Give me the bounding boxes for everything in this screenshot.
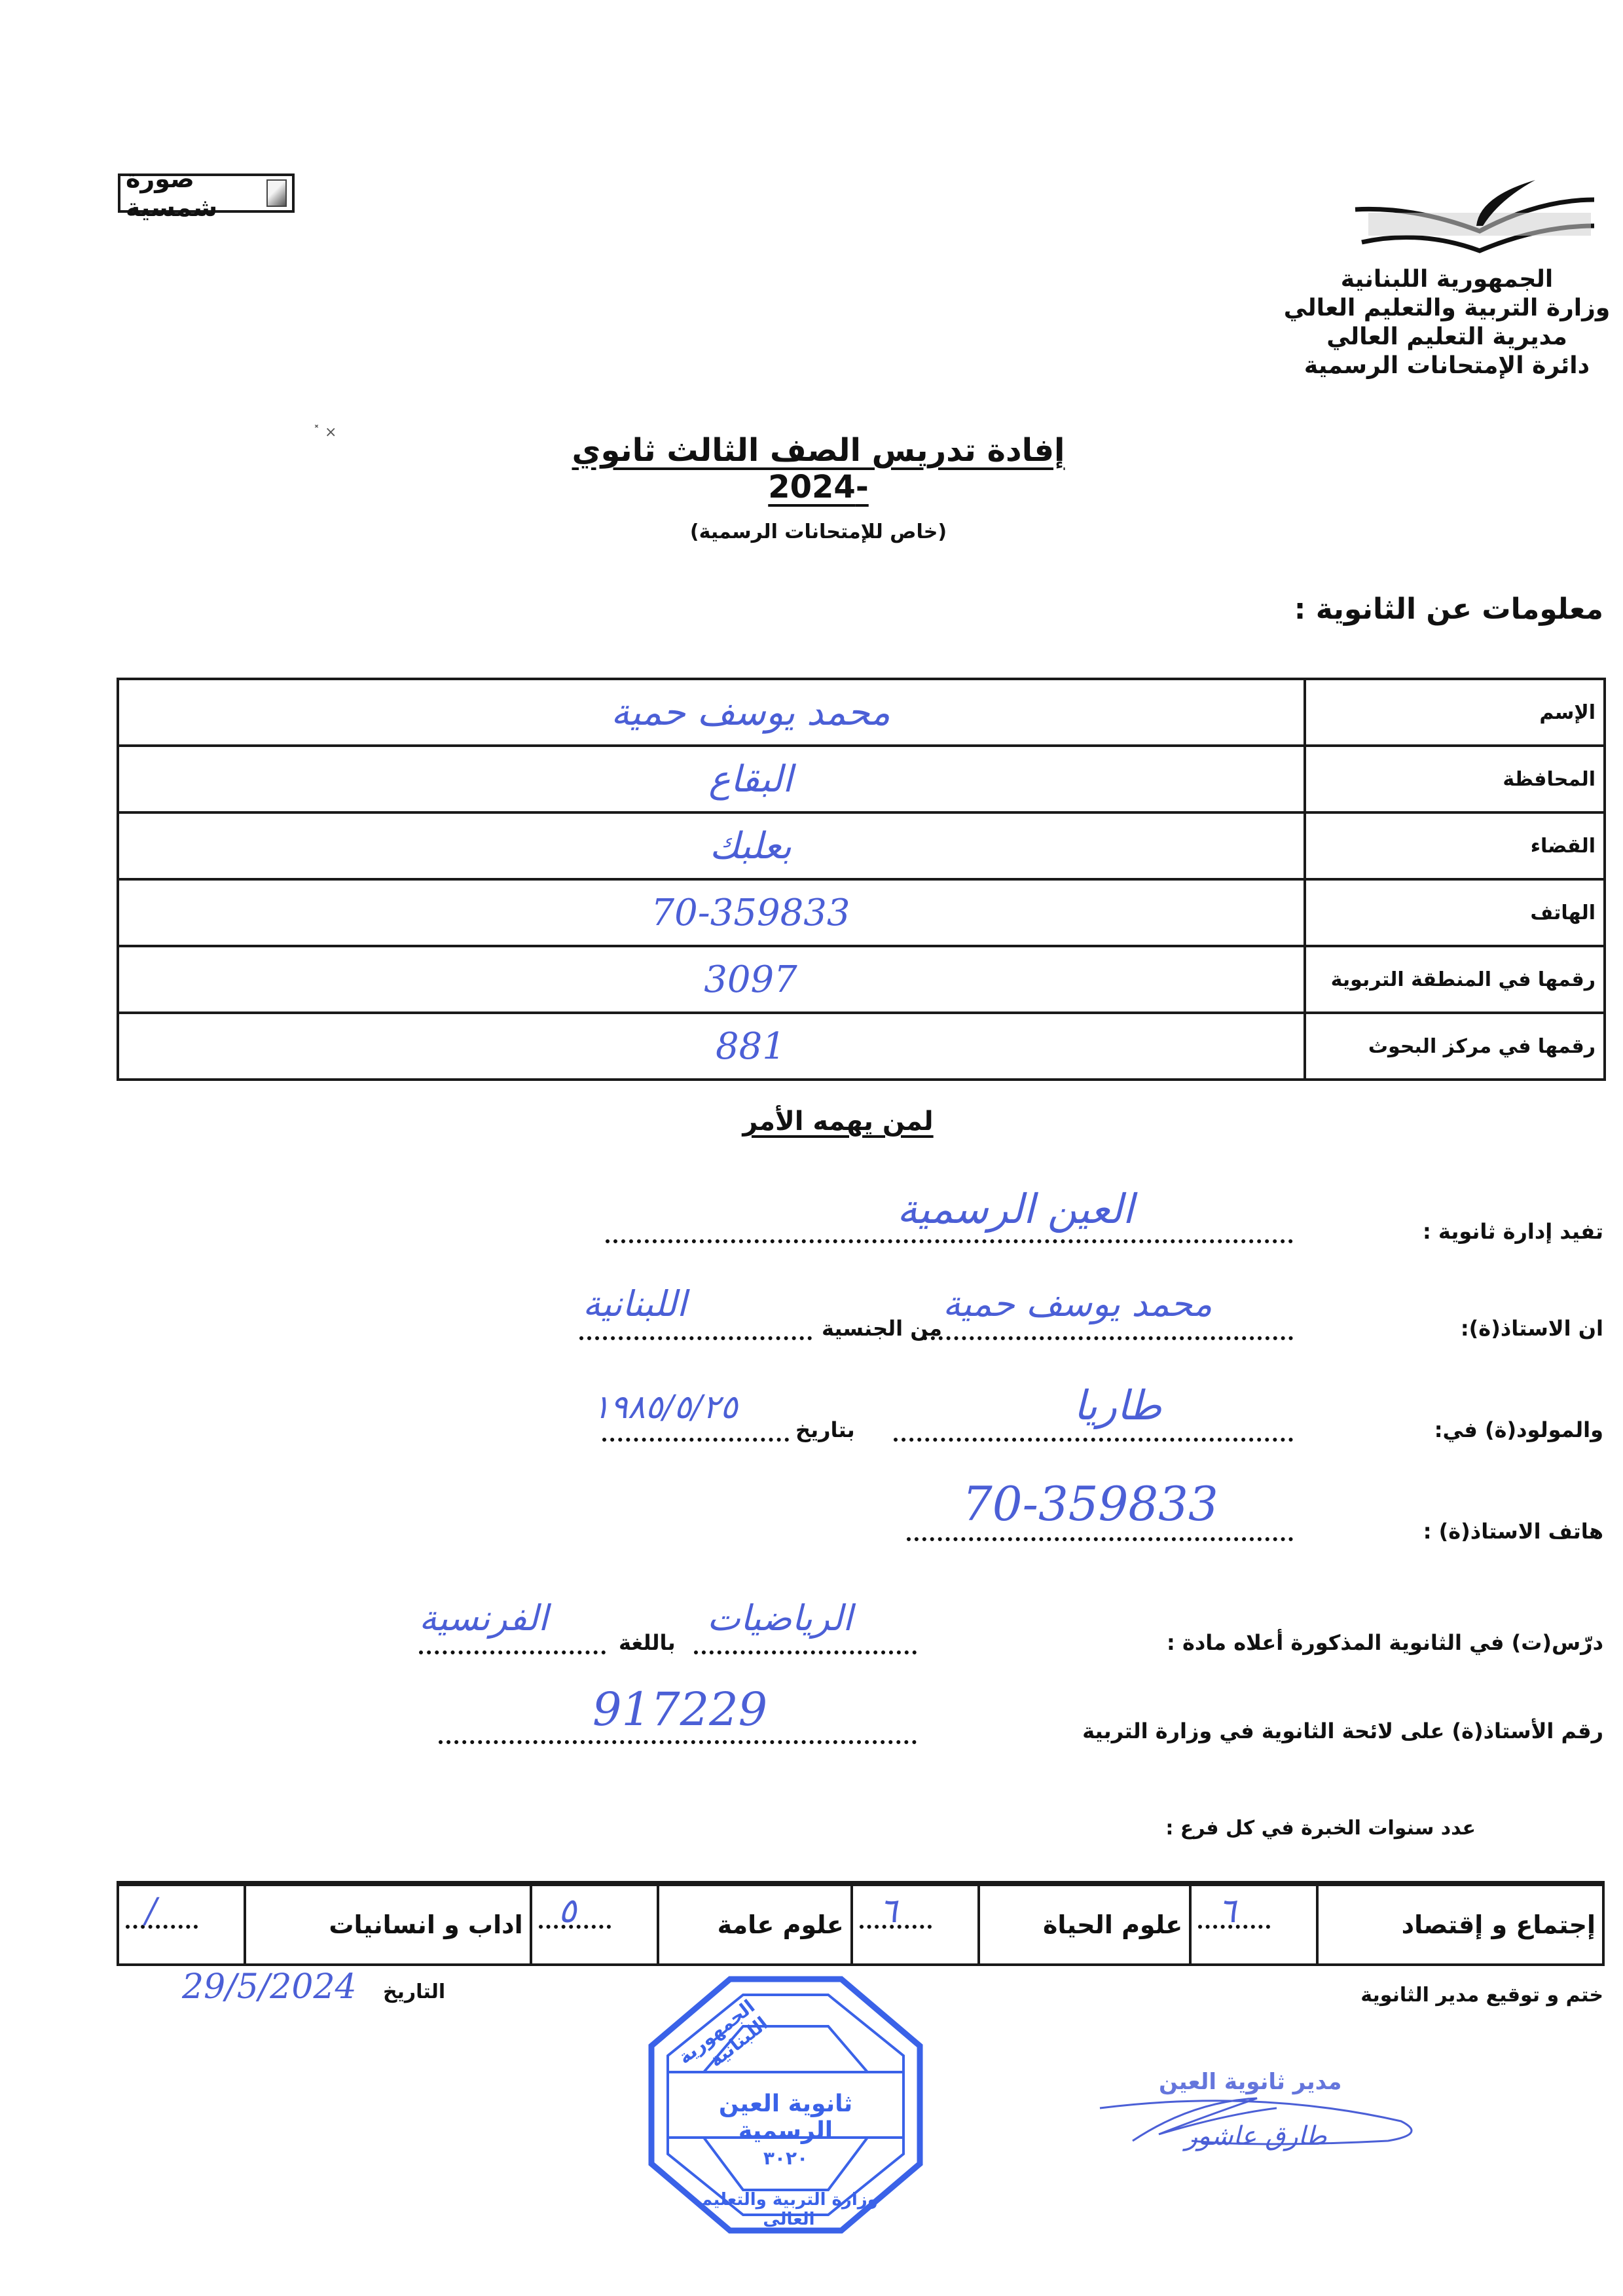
experience-table: / اداب و انسانيات ٥ علوم عامة ٦ علوم الح… <box>117 1881 1605 1966</box>
school-admin-label: تفيد إدارة ثانوية : <box>1423 1219 1603 1244</box>
district-label: القضاء <box>1305 812 1605 879</box>
teacher-dotted-line <box>923 1331 1293 1340</box>
humanities-years[interactable]: / <box>118 1884 245 1965</box>
table-row: 881 رقمها في مركز البحوث <box>118 1013 1605 1080</box>
stamp-bottom-text: وزارة التربية والتعليم العالي <box>684 2190 894 2229</box>
nationality-dotted-line <box>579 1331 812 1340</box>
table-row: 3097 رقمها في المنطقة التربوية <box>118 946 1605 1013</box>
date-label: التاريخ <box>383 1980 445 2003</box>
general-sciences-years[interactable]: ٥ <box>531 1884 658 1965</box>
to-whom-heading: لمن يهمه الأمر <box>707 1106 969 1137</box>
page-subtitle: (خاص للإمتحانات الرسمية) <box>589 520 1048 543</box>
nationality-label: من الجنسية <box>822 1316 942 1341</box>
ministry-line: الجمهورية اللبنانية <box>1283 265 1611 294</box>
signature-name: طارق عاشور <box>1185 2121 1327 2151</box>
principal-signature-label: ختم و توقيع مدير الثانوية <box>1360 1984 1603 2007</box>
district-value[interactable]: بعلبك <box>118 812 1305 879</box>
teacher-number-dotted-line <box>439 1735 917 1744</box>
born-in-label: والمولود(ة) في: <box>1434 1417 1603 1442</box>
birth-date-value[interactable]: ١٩٨٥/٥/٢٥ <box>593 1388 738 1426</box>
birth-date-dotted-line <box>602 1432 789 1442</box>
school-admin-value[interactable]: العين الرسمية <box>897 1185 1134 1233</box>
sociology-economics-years[interactable]: ٦ <box>1190 1884 1317 1965</box>
stamp-center-text: ثانوية العين الرسمية <box>671 2090 900 2144</box>
subject-value[interactable]: الرياضيات <box>707 1597 852 1639</box>
school-info-heading: معلومات عن الثانوية : <box>1294 592 1603 626</box>
teacher-value[interactable]: محمد يوسف حمية <box>943 1283 1213 1324</box>
school-phone-label: الهاتف <box>1305 879 1605 946</box>
edu-zone-number-value[interactable]: 3097 <box>118 946 1305 1013</box>
photo-icon <box>266 179 287 207</box>
school-phone-value[interactable]: 70-359833 <box>118 879 1305 946</box>
language-value[interactable]: الفرنسية <box>419 1597 548 1639</box>
school-stamp: الجمهورية اللبنانية ثانوية العين الرسمية… <box>645 1974 926 2236</box>
general-sciences-label: علوم عامة <box>658 1884 852 1965</box>
ministry-header: الجمهورية اللبنانية وزارة التربية والتعل… <box>1283 265 1611 380</box>
research-center-number-label: رقمها في مركز البحوث <box>1305 1013 1605 1080</box>
table-row: محمد يوسف حمية الإسم <box>118 679 1605 746</box>
teacher-phone-value[interactable]: 70-359833 <box>962 1476 1218 1531</box>
teacher-number-label: رقم الأستاذ(ة) على لائحة الثانوية في وزا… <box>1082 1719 1603 1743</box>
taught-subject-label: درّس(ت) في الثانوية المذكورة أعلاه مادة … <box>1167 1630 1603 1655</box>
subject-dotted-line <box>694 1645 917 1654</box>
research-center-number-value[interactable]: 881 <box>118 1013 1305 1080</box>
life-sciences-years[interactable]: ٦ <box>852 1884 979 1965</box>
ministry-line: دائرة الإمتحانات الرسمية <box>1283 352 1611 380</box>
principal-signature: مدير ثانوية العين طارق عاشور <box>1061 2062 1440 2160</box>
school-name-value[interactable]: محمد يوسف حمية <box>118 679 1305 746</box>
born-in-dotted-line <box>894 1432 1293 1442</box>
language-label: باللغة <box>619 1630 676 1655</box>
nationality-value[interactable]: اللبنانية <box>583 1283 687 1324</box>
photo-box-label: صورة شمسية <box>126 164 263 222</box>
table-row: البقاع المحافظة <box>118 746 1605 812</box>
teacher-phone-dotted-line <box>907 1532 1293 1541</box>
language-dotted-line <box>419 1645 606 1654</box>
ministry-line: مديرية التعليم العالي <box>1283 323 1611 352</box>
table-row: / اداب و انسانيات ٥ علوم عامة ٦ علوم الح… <box>118 1884 1603 1965</box>
sociology-economics-label: إجتماع و إقتصاد <box>1317 1884 1603 1965</box>
life-sciences-label: علوم الحياة <box>979 1884 1190 1965</box>
page-title: إفادة تدريس الصف الثالث ثانوي -2024 <box>524 432 1113 505</box>
stamp-number: ٣٠٢٠ <box>671 2147 900 2169</box>
school-info-table: محمد يوسف حمية الإسم البقاع المحافظة بعل… <box>117 678 1606 1081</box>
born-in-value[interactable]: طاريا <box>1074 1381 1161 1429</box>
teacher-number-value[interactable]: 917229 <box>593 1683 767 1736</box>
experience-label: عدد سنوات الخبرة في كل فرع : <box>1165 1817 1476 1840</box>
school-admin-dotted-line <box>606 1234 1293 1243</box>
governorate-value[interactable]: البقاع <box>118 746 1305 812</box>
scan-speck: ˟ × <box>313 424 337 441</box>
edu-zone-number-label: رقمها في المنطقة التربوية <box>1305 946 1605 1013</box>
ministry-book-logo-icon <box>1349 173 1597 259</box>
date-value[interactable]: 29/5/2024 <box>182 1967 357 2007</box>
teacher-label: ان الاستاذ(ة): <box>1461 1316 1603 1341</box>
ministry-line: وزارة التربية والتعليم العالي <box>1283 294 1611 323</box>
governorate-label: المحافظة <box>1305 746 1605 812</box>
teacher-phone-label: هاتف الاستاذ(ة) : <box>1423 1519 1603 1544</box>
table-row: بعلبك القضاء <box>118 812 1605 879</box>
birth-date-label: بتاريخ <box>795 1417 855 1442</box>
table-row: 70-359833 الهاتف <box>118 879 1605 946</box>
humanities-label: اداب و انسانيات <box>245 1884 531 1965</box>
photo-placeholder-box: صورة شمسية <box>118 173 295 213</box>
school-name-label: الإسم <box>1305 679 1605 746</box>
